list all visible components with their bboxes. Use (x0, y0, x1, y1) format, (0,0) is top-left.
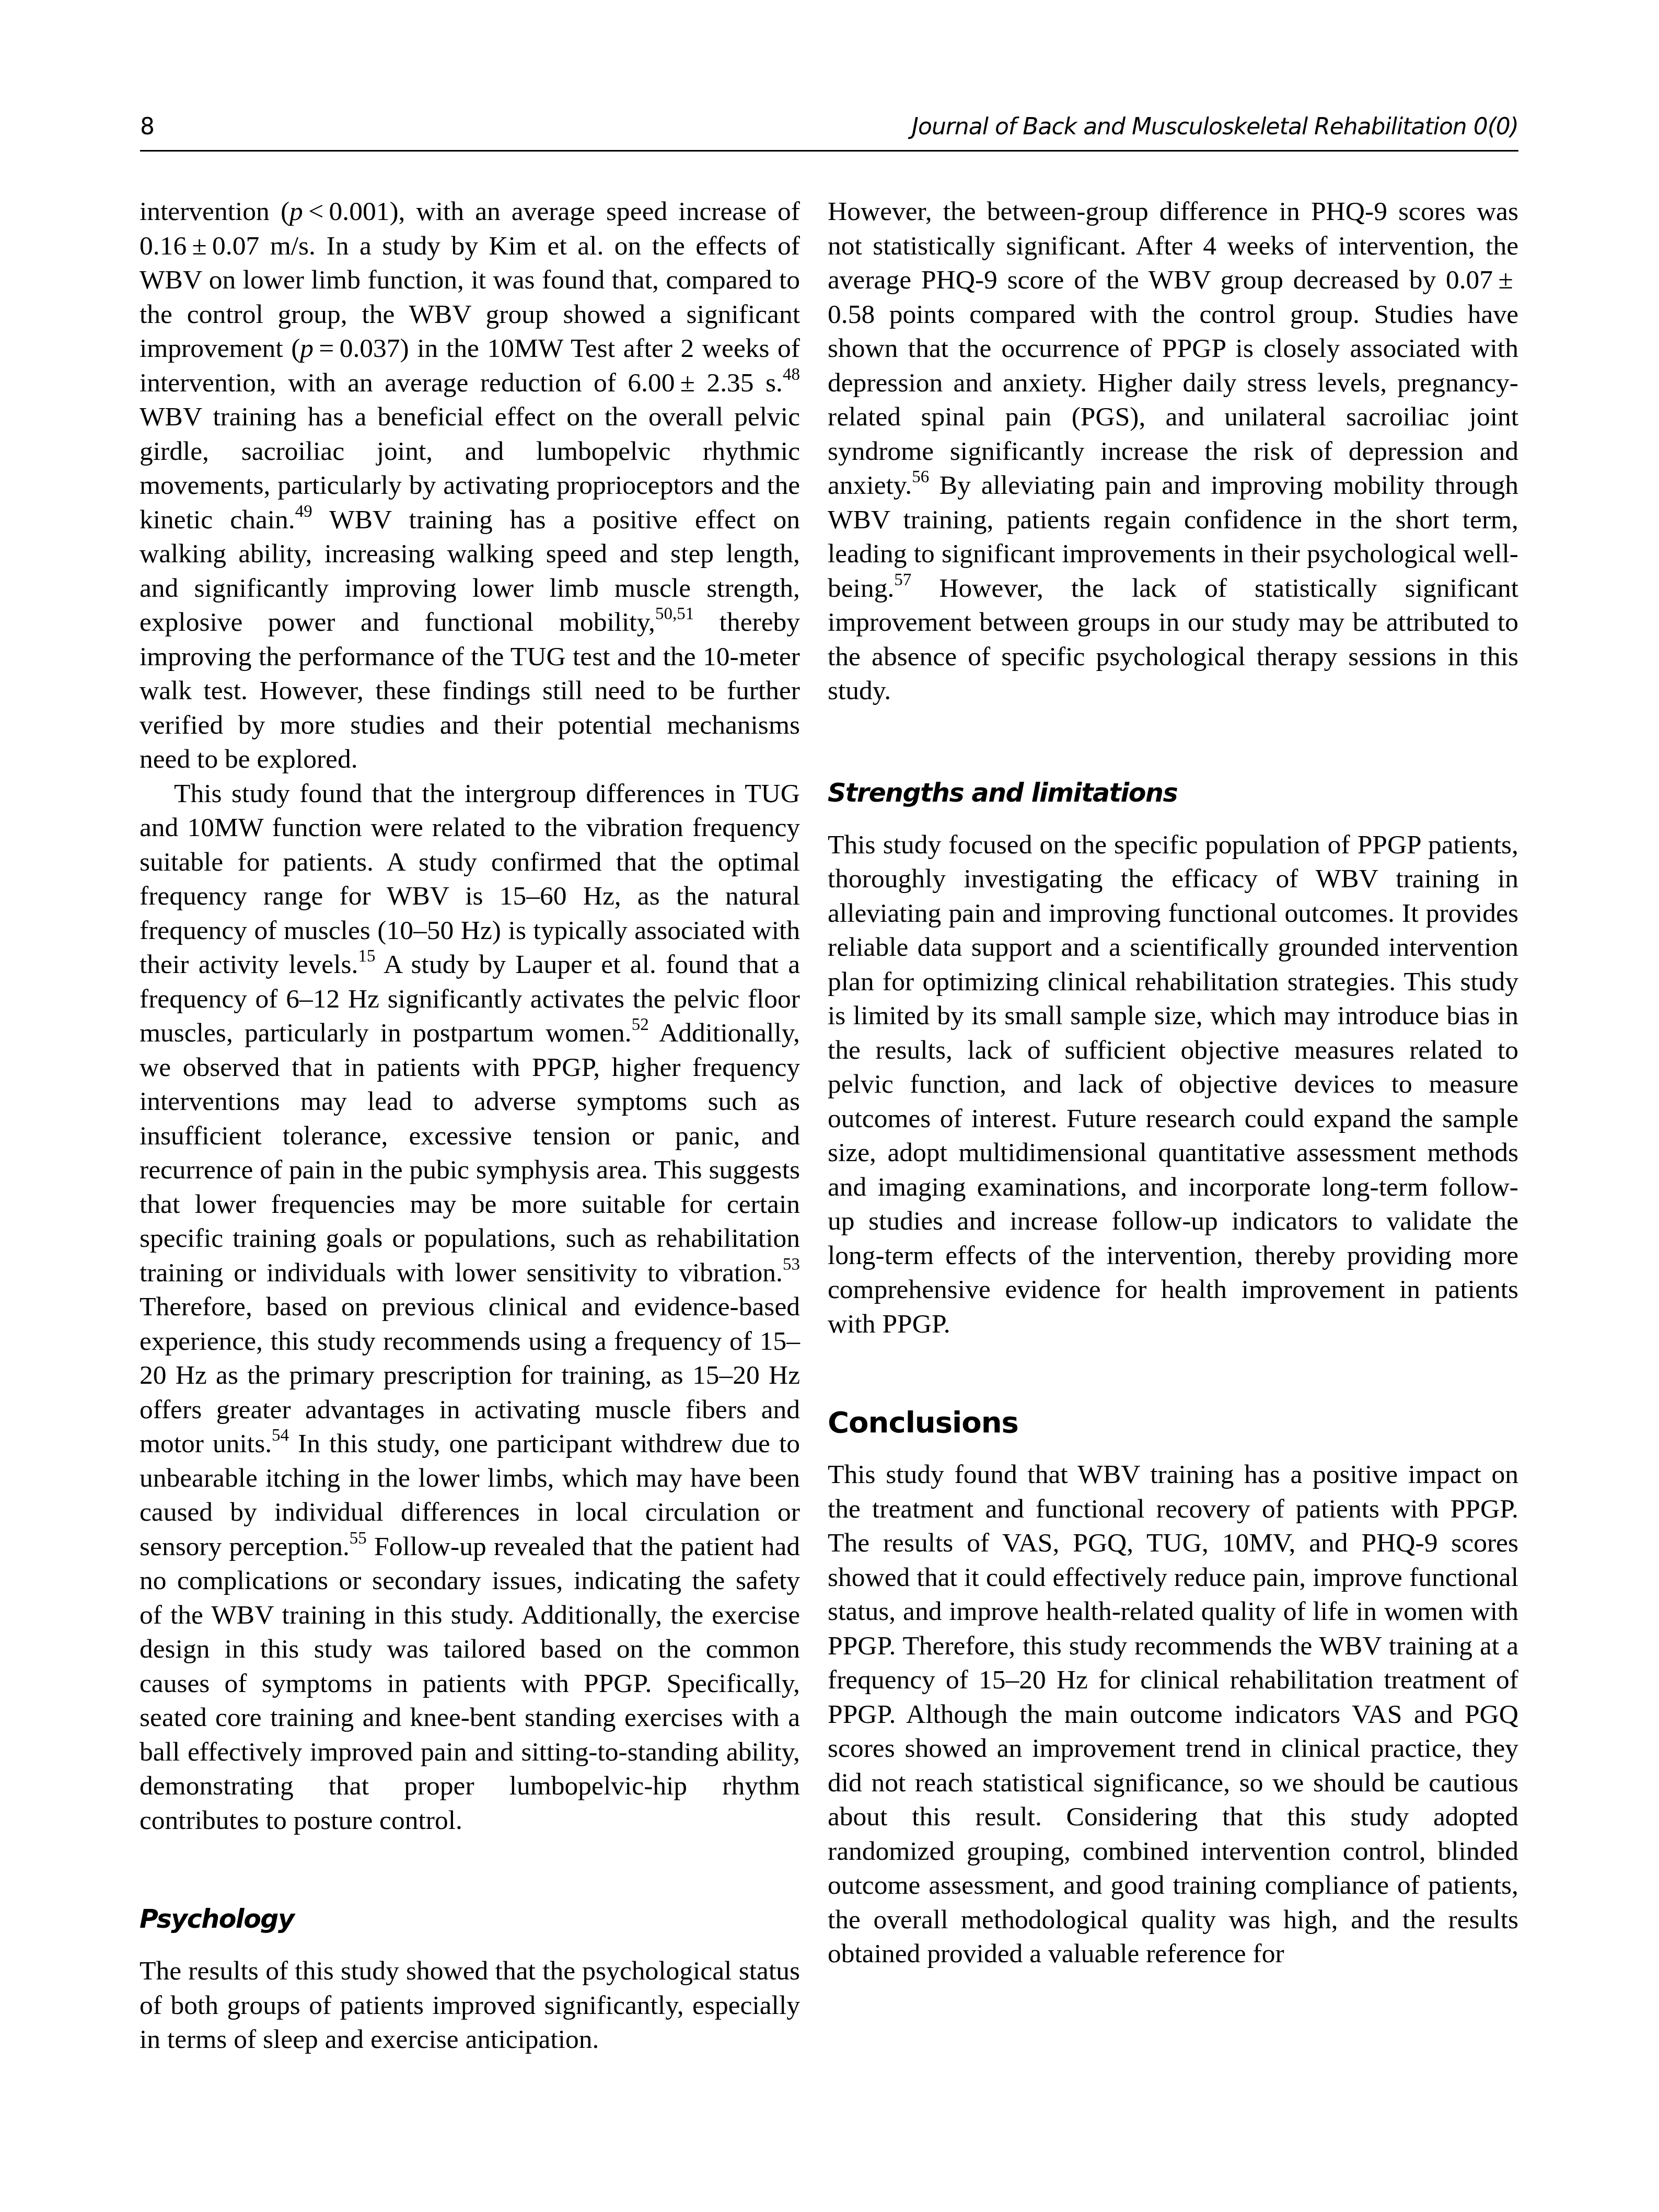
body-paragraph-psychology: The results of this study showed that th… (140, 1954, 800, 2057)
p-value-symbol: p (300, 333, 314, 363)
citation-ref-57[interactable]: 57 (894, 571, 911, 589)
body-paragraph-strengths-limitations: This study focused on the specific popul… (828, 828, 1518, 1341)
citation-ref-48[interactable]: 48 (783, 365, 800, 384)
citation-ref-55[interactable]: 55 (350, 1529, 367, 1548)
citation-ref-52[interactable]: 52 (632, 1015, 649, 1034)
left-column: intervention (p < 0.001), with an averag… (140, 194, 800, 2057)
section-heading-conclusions: Conclusions (828, 1406, 1518, 1440)
header-rule (140, 150, 1518, 152)
text-run: Additionally, we observed that in patien… (140, 1018, 800, 1288)
p-value-symbol: p (289, 196, 303, 226)
citation-ref-49[interactable]: 49 (295, 502, 312, 521)
page-number: 8 (140, 111, 155, 143)
citation-ref-56[interactable]: 56 (912, 468, 929, 487)
text-run: However, the between-group difference in… (828, 196, 1518, 500)
journal-title: Journal of Back and Musculoskeletal Reha… (912, 111, 1518, 143)
text-run: However, the lack of statistically signi… (828, 573, 1518, 706)
citation-ref-50-51[interactable]: 50,51 (655, 605, 694, 623)
body-paragraph-psychology-continued: However, the between-group difference in… (828, 194, 1518, 708)
text-run: intervention ( (140, 196, 289, 226)
citation-ref-53[interactable]: 53 (783, 1255, 800, 1274)
text-run: Follow-up revealed that the patient had … (140, 1532, 800, 1835)
citation-ref-54[interactable]: 54 (272, 1426, 289, 1445)
body-paragraph-vibration-frequency: This study found that the intergroup dif… (140, 777, 800, 1838)
subsection-heading-strengths-limitations: Strengths and limitations (828, 776, 1518, 810)
body-paragraph-walking-speed: intervention (p < 0.001), with an averag… (140, 194, 800, 777)
subsection-heading-psychology: Psychology (140, 1902, 800, 1936)
body-paragraph-conclusions: This study found that WBV training has a… (828, 1457, 1518, 1971)
citation-ref-15[interactable]: 15 (358, 947, 375, 966)
right-column: However, the between-group difference in… (828, 194, 1518, 1971)
running-header: 8 Journal of Back and Musculoskeletal Re… (140, 107, 1518, 150)
